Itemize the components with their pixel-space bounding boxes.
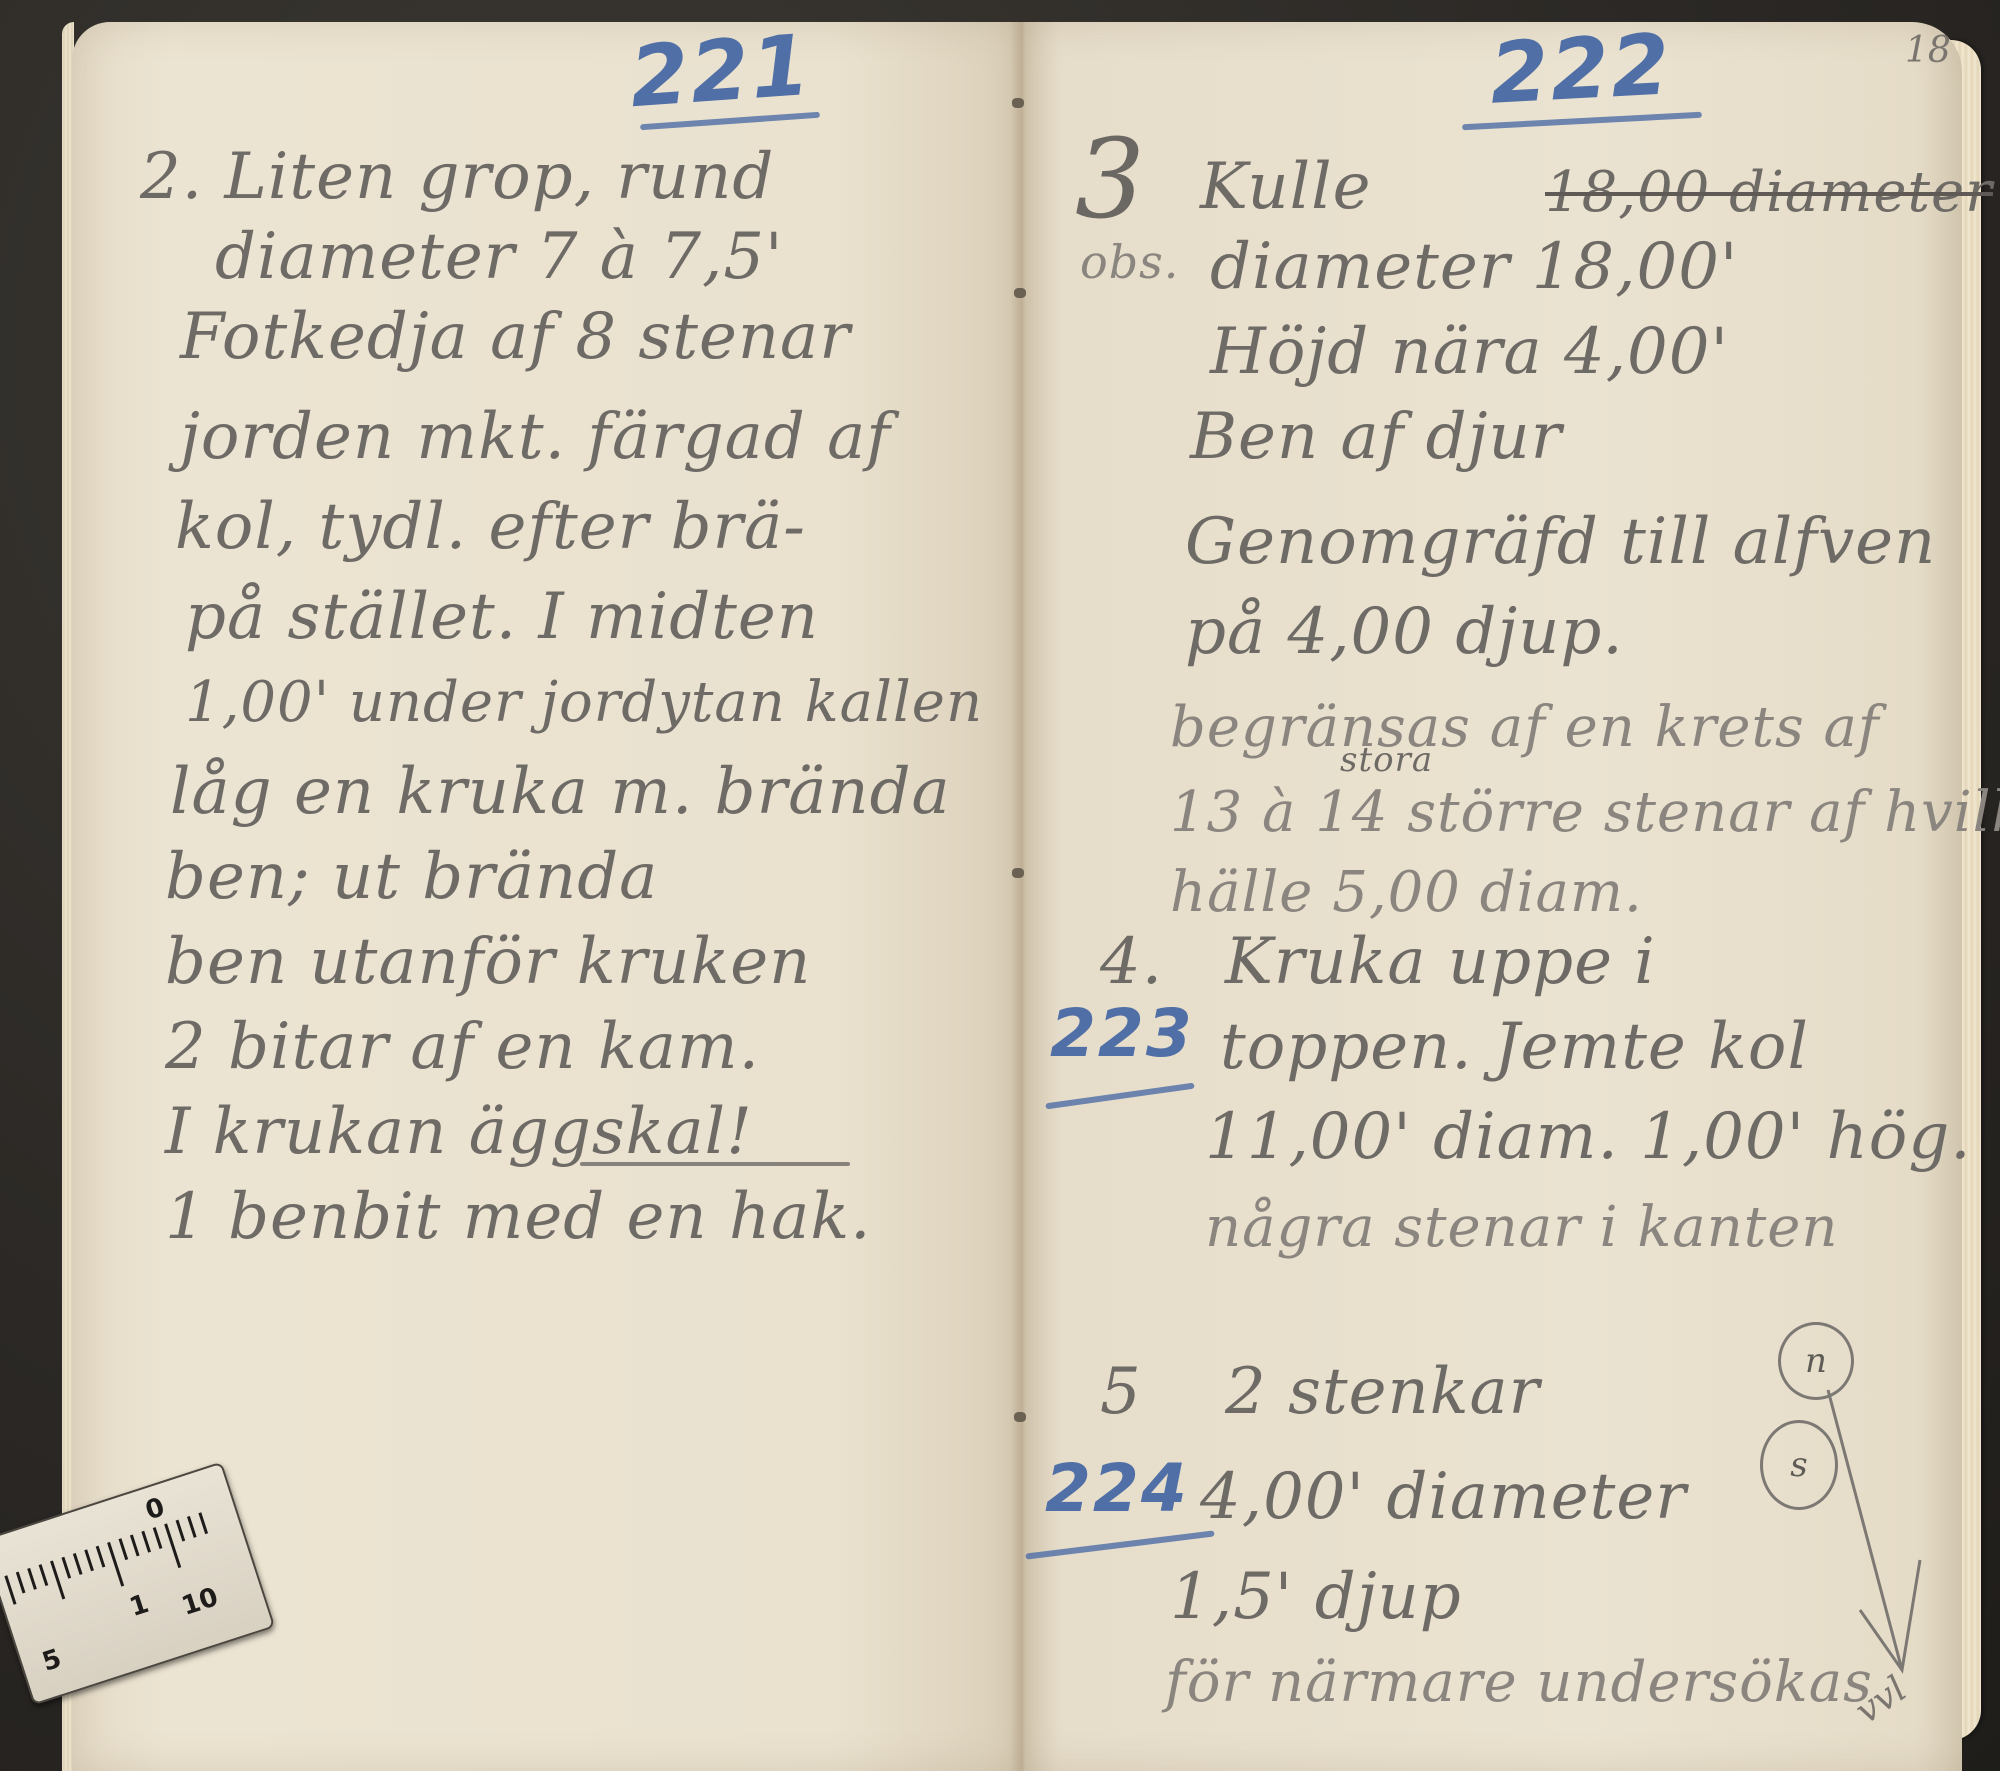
ruler-tick [16,1572,26,1594]
struck-text: 18,00 diameter [1545,160,1993,225]
handwritten-line: 1,00' under jordytan kallen [185,670,983,735]
ruler-label: 10 [178,1582,222,1622]
entry-number: 5 [1100,1355,1142,1429]
handwritten-line: låg en kruka m. brända [170,755,951,829]
ruler-label: 5 [39,1644,65,1678]
catalog-number-224: 224 [1045,1450,1189,1527]
underline-aggskal [580,1162,850,1166]
handwritten-line: på stället. I midten [185,580,819,654]
handwritten-line: jorden mkt. färgad af [180,400,891,474]
handwritten-line: 2 bitar af en kam. [165,1010,760,1084]
entry-number: 4. [1100,925,1163,999]
ruler-tick [61,1557,71,1579]
page-corner-number: 18 [1905,30,1951,71]
ruler-tick [187,1516,197,1538]
binding-stitch [1014,1412,1026,1422]
handwritten-line: kol, tydl. efter brä- [175,490,806,564]
handwritten-line: diameter 7 à 7,5' [215,220,784,294]
handwritten-line: 13 à 14 större stenar af hvilka [1170,780,2000,845]
handwritten-line: 1,5' djup [1170,1560,1462,1634]
inserted-word: stora [1340,740,1433,780]
catalog-number-222: 222 [1488,15,1674,122]
binding-stitch [1012,98,1024,108]
handwritten-line: Höjd nära 4,00' [1210,315,1729,389]
handwritten-line: Ben af djur [1190,400,1562,474]
ruler-tick [39,1564,49,1586]
handwritten-line: på 4,00 djup. [1185,595,1624,669]
handwritten-line: I krukan äggskal! [165,1095,753,1169]
south-label: s [1790,1445,1807,1485]
handwritten-line: begränsas af en krets af [1170,695,1880,760]
ruler-tick [27,1568,37,1590]
north-label: n [1805,1341,1827,1381]
handwritten-line: ben; ut brända [165,840,658,914]
handwritten-line: 2 stenkar [1225,1355,1540,1429]
binding-stitch [1014,288,1026,298]
binding-stitch [1012,868,1024,878]
handwritten-line: Genomgräfd till alfven [1185,505,1936,579]
ruler-label: 1 [126,1589,152,1623]
ruler-label: 0 [142,1492,168,1526]
handwritten-line: toppen. Jemte kol [1220,1010,1809,1084]
entry-number: 3 [1075,115,1145,243]
handwritten-line: 1 benbit med en hak. [165,1180,871,1254]
book-gutter [1010,22,1036,1771]
ruler-tick [96,1546,106,1568]
ruler-tick [50,1560,65,1599]
ruler-tick [119,1538,129,1560]
ruler-tick [141,1531,151,1553]
ruler-tick [130,1535,140,1557]
handwritten-line: hälle 5,00 diam. [1170,860,1643,925]
ruler-tick [73,1553,83,1575]
catalog-number-221: 221 [627,16,815,126]
ruler-tick [84,1549,94,1571]
handwritten-line: Fotkedja af 8 stenar [180,300,851,374]
margin-note: obs. [1080,235,1179,289]
handwritten-line: 11,00' diam. 1,00' hög. [1205,1100,1972,1174]
handwritten-line: för närmare undersökas [1165,1650,1873,1715]
ruler-tick [4,1575,16,1604]
entry-title: Kulle [1200,150,1371,224]
handwritten-line: diameter 18,00' [1210,230,1739,304]
handwritten-line: Kruka uppe i [1225,925,1656,999]
catalog-number-223: 223 [1050,995,1194,1072]
handwritten-line: några stenar i kanten [1205,1195,1838,1260]
handwritten-line: 4,00' diameter [1200,1460,1687,1534]
handwritten-line: ben utanför kruken [165,925,811,999]
ruler-tick [198,1512,208,1534]
ruler-tick [176,1520,186,1542]
handwritten-line: 2. Liten grop, rund [140,140,774,214]
compass-arrow-icon [1820,1380,1940,1700]
ruler-tick [153,1527,163,1549]
